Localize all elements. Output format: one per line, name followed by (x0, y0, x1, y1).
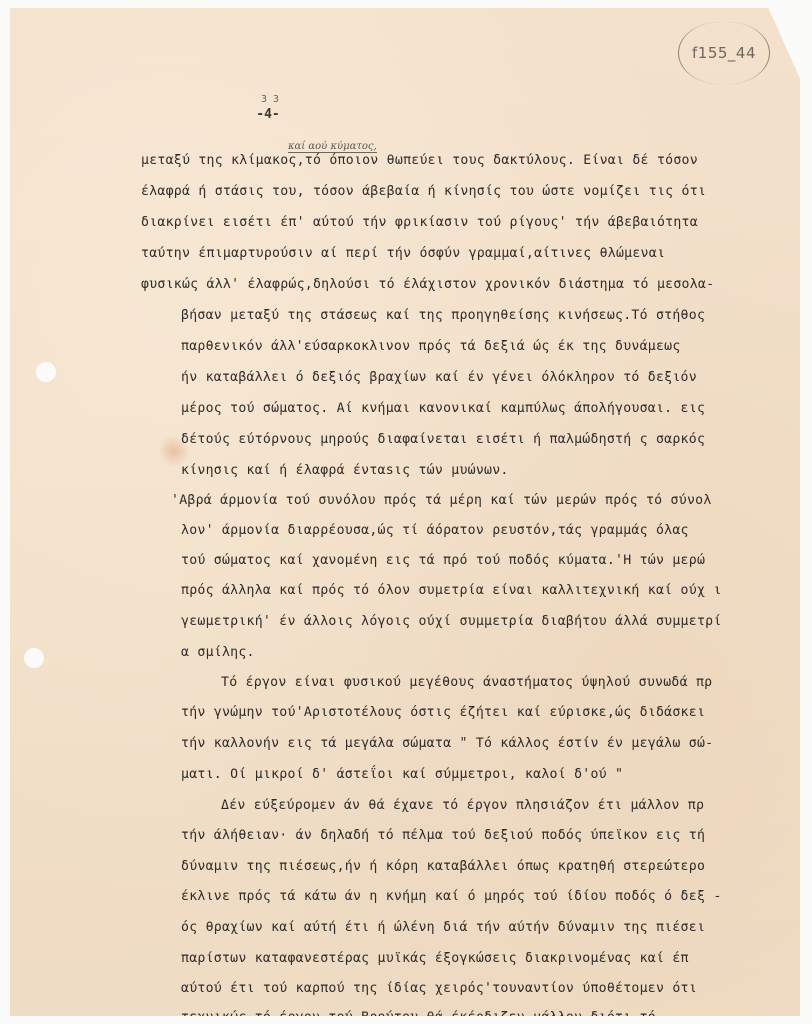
text-line: παρίστων καταφανεστέρας μυϊκάς έξογκώσει… (181, 951, 689, 967)
text-line: έκλινε πρός τά κάτω άν η κνήμη καί ό μηρ… (181, 889, 722, 905)
page-number-marks: 3 3 (240, 94, 300, 105)
handwritten-insertion: καί αού κύματος, (288, 141, 377, 153)
text-line: βήσαν μεταξύ της στάσεως καί της προηγηθ… (181, 308, 705, 324)
text-line: τήν γνώμην τού'Αριστοτέλους όστις έζήτει… (181, 705, 705, 721)
text-line: 'Αβρά άρμονία τού συνόλου πρός τά μέρη κ… (171, 493, 712, 509)
text-line: παρθενικόν άλλ'εύσαρκοκλινον πρός τά δεξ… (181, 339, 681, 355)
text-line: λον' άρμονία διαρρέουσα,ώς τί άόρατον ρε… (181, 523, 689, 539)
text-line: έλαφρά ή στάσις του, τόσον άβεβαία ή κίν… (141, 184, 706, 200)
text-line: διακρίνει εισέτι έπ' αύτού τήν φρικίασιν… (141, 215, 698, 231)
text-line: τήν καλλονήν εις τά μεγάλα σώματα " Τό κ… (181, 736, 713, 752)
punch-hole-bottom (24, 648, 44, 668)
text-line: δέτούς εύτόρνους μηρούς διαφαίνεται εισέ… (181, 432, 705, 448)
text-line: μέρος τού σώματος. Αί κνήμαι κανονικαί κ… (181, 401, 705, 417)
archive-annotation: f155_44 (678, 22, 770, 84)
text-line: ματι. Οί μικροί δ' άστεΐοι καί σύμμετροι… (181, 767, 623, 783)
text-line: πρός άλληλα καί πρός τό όλον συμετρία εί… (181, 583, 722, 599)
text-line: τεχνικώς τό έργον τού Βρούτου θά έκέρδιζ… (181, 1010, 656, 1024)
text-line: ταύτην έπιμαρτυρούσιν αί περί τήν όσφύν … (141, 246, 665, 262)
text-line: ός θραχίων καί αύτή έτι ή ώλένη διά τήν … (181, 920, 705, 936)
text-line: α σμίλης. (181, 645, 255, 661)
document-page: f155_44 3 3 -4- καί αού κύματος, μεταξύ … (10, 8, 800, 1016)
punch-hole-top (36, 362, 56, 382)
text-line: Δέν εύξεύρομεν άν θά έχανε τό έργον πλησ… (221, 798, 704, 814)
text-line: τήν άλήθειαν· άν δηλαδή τό πέλμα τού δεξ… (181, 828, 705, 844)
page-number: -4- (238, 107, 298, 122)
text-line: φυσικώς άλλ' έλαφρώς,δηλούσι τό έλάχιστο… (141, 277, 714, 293)
text-line: αύτού έτι τού καρπού της ίδίας χειρός'το… (181, 981, 697, 997)
text-line: δύναμιν της πιέσεως,ήν ή κόρη καταβάλλει… (181, 859, 705, 875)
text-line: ήν καταβάλλει ό δεξιός βραχίων καί έν γέ… (181, 370, 697, 386)
text-line: κίνησις καί ή έλαφρά ένταsις τών μυώνων. (181, 463, 509, 479)
text-line: τού σώματος καί χανομένη εις τά πρό τού … (181, 553, 705, 569)
text-line: μεταξύ της κλίμακος,τό όποιον θωπεύει το… (141, 153, 698, 169)
text-line: γεωμετρική' έν άλλοις λόγοις ούχί συμμετ… (181, 614, 722, 630)
text-line: Τό έργον είναι φυσικού μεγέθους άναστήμα… (221, 675, 712, 691)
